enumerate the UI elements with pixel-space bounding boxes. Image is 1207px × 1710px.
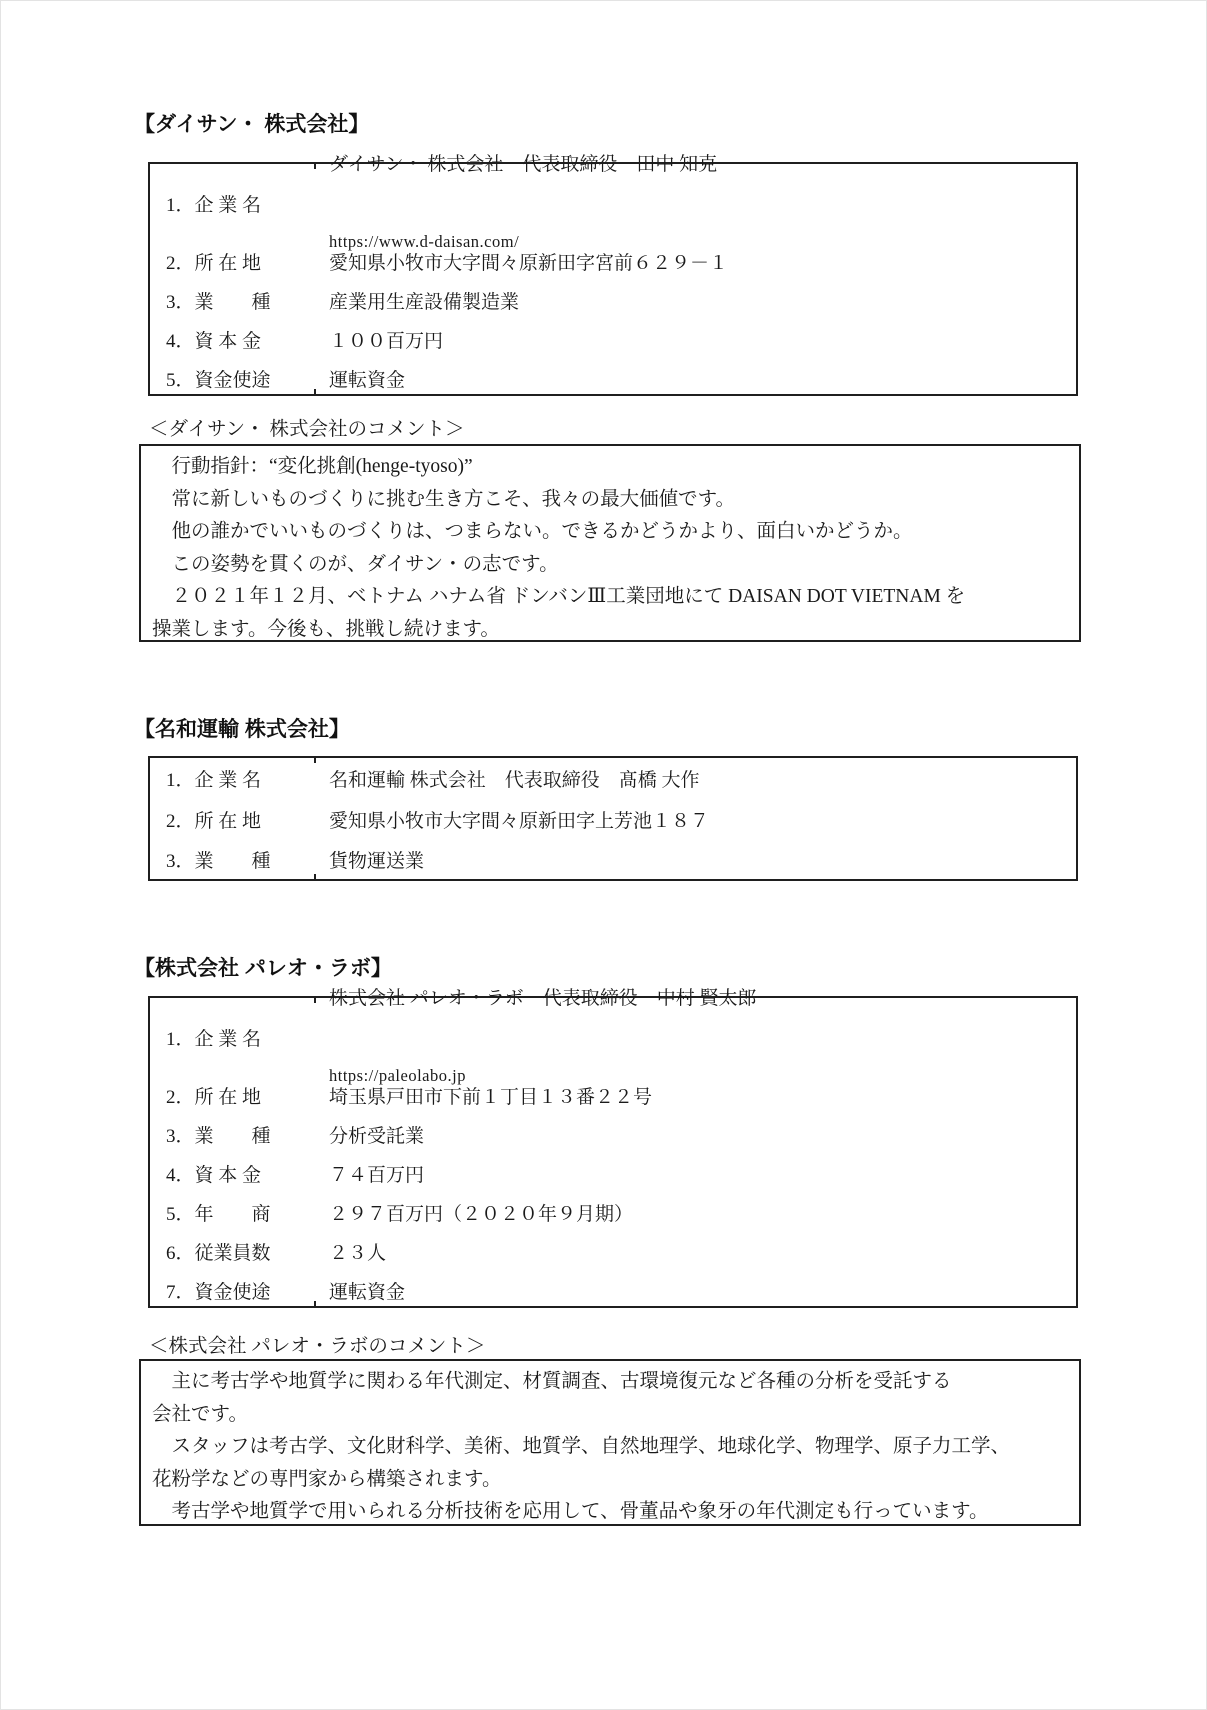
company-table-daisan: 1．企 業 名 ダイサン・ 株式会社 代表取締役 田中 知克 https://w… [148,162,1078,396]
comment-label-paleo-labo: ＜株式会社 パレオ・ラボのコメント＞ [149,1330,485,1358]
table-row: 4．資 本 金 １００百万円 [150,320,1076,359]
row-label: 6．従業員数 [150,1238,316,1265]
row-label: 3．業 種 [150,846,316,873]
row-label: 3．業 種 [150,287,316,314]
comment-line: 主に考古学や地質学に関わる年代測定、材質調査、古環境復元など各種の分析を受託する [152,1366,1069,1399]
comment-line: 他の誰かでいいものづくりは、つまらない。できるかどうかより、面白いかどうか。 [152,516,1069,549]
table-row: 7．資金使途 運転資金 [150,1271,1076,1310]
row-label: 4．資 本 金 [150,326,316,353]
row-label: 1．企 業 名 [150,765,316,792]
row-label: 2．所 在 地 [150,248,316,275]
table-column-tick [314,998,316,1003]
table-row: 5．年 商 ２９７百万円（２０２０年９月期） [150,1193,1076,1232]
table-column-tick [314,758,316,763]
row-label: 1．企 業 名 [150,190,316,217]
row-value: 愛知県小牧市大字間々原新田字宮前６２９－１ [316,248,728,275]
comment-line: 行動指針：“変化挑創(henge-tyoso)” [152,451,1069,484]
table-row: 3．業 種 貨物運送業 [150,840,1076,879]
row-value: 名和運輸 株式会社 代表取締役 髙橋 大作 [316,765,700,792]
row-value: １００百万円 [316,326,443,353]
table-row: 6．従業員数 ２３人 [150,1232,1076,1271]
comment-line: 花粉学などの専門家から構築されます。 [152,1464,1069,1497]
comment-box-daisan: 行動指針：“変化挑創(henge-tyoso)” 常に新しいものづくりに挑む生き… [139,444,1081,642]
table-row: 5．資金使途 運転資金 [150,359,1076,398]
row-value: ７４百万円 [316,1160,424,1187]
row-label: 5．資金使途 [150,365,316,392]
table-row: 1．企 業 名 ダイサン・ 株式会社 代表取締役 田中 知克 https://w… [150,164,1076,242]
row-value: 分析受託業 [316,1121,424,1148]
company-table-nawa-unyu: 1．企 業 名 名和運輸 株式会社 代表取締役 髙橋 大作 2．所 在 地 愛知… [148,756,1078,881]
row-value: ２９７百万円（２０２０年９月期） [316,1199,633,1226]
row-label: 3．業 種 [150,1121,316,1148]
table-column-tick [314,1301,316,1306]
row-label: 7．資金使途 [150,1277,316,1304]
comment-text: 主に考古学や地質学に関わる年代測定、材質調査、古環境復元など各種の分析を受託する… [141,1361,1079,1529]
row-value: 貨物運送業 [316,846,424,873]
row-label: 5．年 商 [150,1199,316,1226]
table-row: 2．所 在 地 愛知県小牧市大字間々原新田字上芳池１８７ [150,799,1076,840]
comment-line: スタッフは考古学、文化財科学、美術、地質学、自然地理学、地球化学、物理学、原子力… [152,1431,1069,1464]
row-label: 2．所 在 地 [150,806,316,833]
table-column-tick [314,389,316,394]
row-value: 運転資金 [316,365,405,392]
company-table-paleo-labo: 1．企 業 名 株式会社 パレオ・ラボ 代表取締役 中村 賢太郎 https:/… [148,996,1078,1308]
section-title-nawa-unyu: 【名和運輸 株式会社】 [134,713,350,743]
row-value: 運転資金 [316,1277,405,1304]
comment-line: 操業します。今後も、挑戦し続けます。 [152,614,1069,647]
comment-text: 行動指針：“変化挑創(henge-tyoso)” 常に新しいものづくりに挑む生き… [141,446,1079,646]
table-row: 1．企 業 名 株式会社 パレオ・ラボ 代表取締役 中村 賢太郎 https:/… [150,998,1076,1076]
table-column-tick [314,874,316,879]
comment-label-daisan: ＜ダイサン・ 株式会社のコメント＞ [149,413,465,441]
comment-line: 考古学や地質学で用いられる分析技術を応用して、骨董品や象牙の年代測定も行っていま… [152,1496,1069,1529]
row-value: 埼玉県戸田市下前１丁目１３番２２号 [316,1082,652,1109]
comment-line: 常に新しいものづくりに挑む生き方こそ、我々の最大価値です。 [152,484,1069,517]
row-label: 1．企 業 名 [150,1024,316,1051]
table-column-tick [314,164,316,169]
company-name-value: 株式会社 パレオ・ラボ 代表取締役 中村 賢太郎 [329,982,757,1015]
comment-line: 会社です。 [152,1399,1069,1432]
comment-line: ２０２１年１２月、ベトナム ハナム省 ドンバンⅢ工業団地にて DAISAN DO… [152,581,1069,614]
row-label: 4．資 本 金 [150,1160,316,1187]
comment-line: この姿勢を貫くのが、ダイサン・の志です。 [152,549,1069,582]
row-value: 愛知県小牧市大字間々原新田字上芳池１８７ [316,806,709,833]
table-row: 1．企 業 名 名和運輸 株式会社 代表取締役 髙橋 大作 [150,758,1076,799]
row-value: 産業用生産設備製造業 [316,287,519,314]
table-row: 4．資 本 金 ７４百万円 [150,1154,1076,1193]
comment-box-paleo-labo: 主に考古学や地質学に関わる年代測定、材質調査、古環境復元など各種の分析を受託する… [139,1359,1081,1526]
document-page: 【ダイサン・ 株式会社】 1．企 業 名 ダイサン・ 株式会社 代表取締役 田中… [0,0,1207,1710]
row-label: 2．所 在 地 [150,1082,316,1109]
row-value: ２３人 [316,1238,386,1265]
company-name-value: ダイサン・ 株式会社 代表取締役 田中 知克 [329,148,717,181]
